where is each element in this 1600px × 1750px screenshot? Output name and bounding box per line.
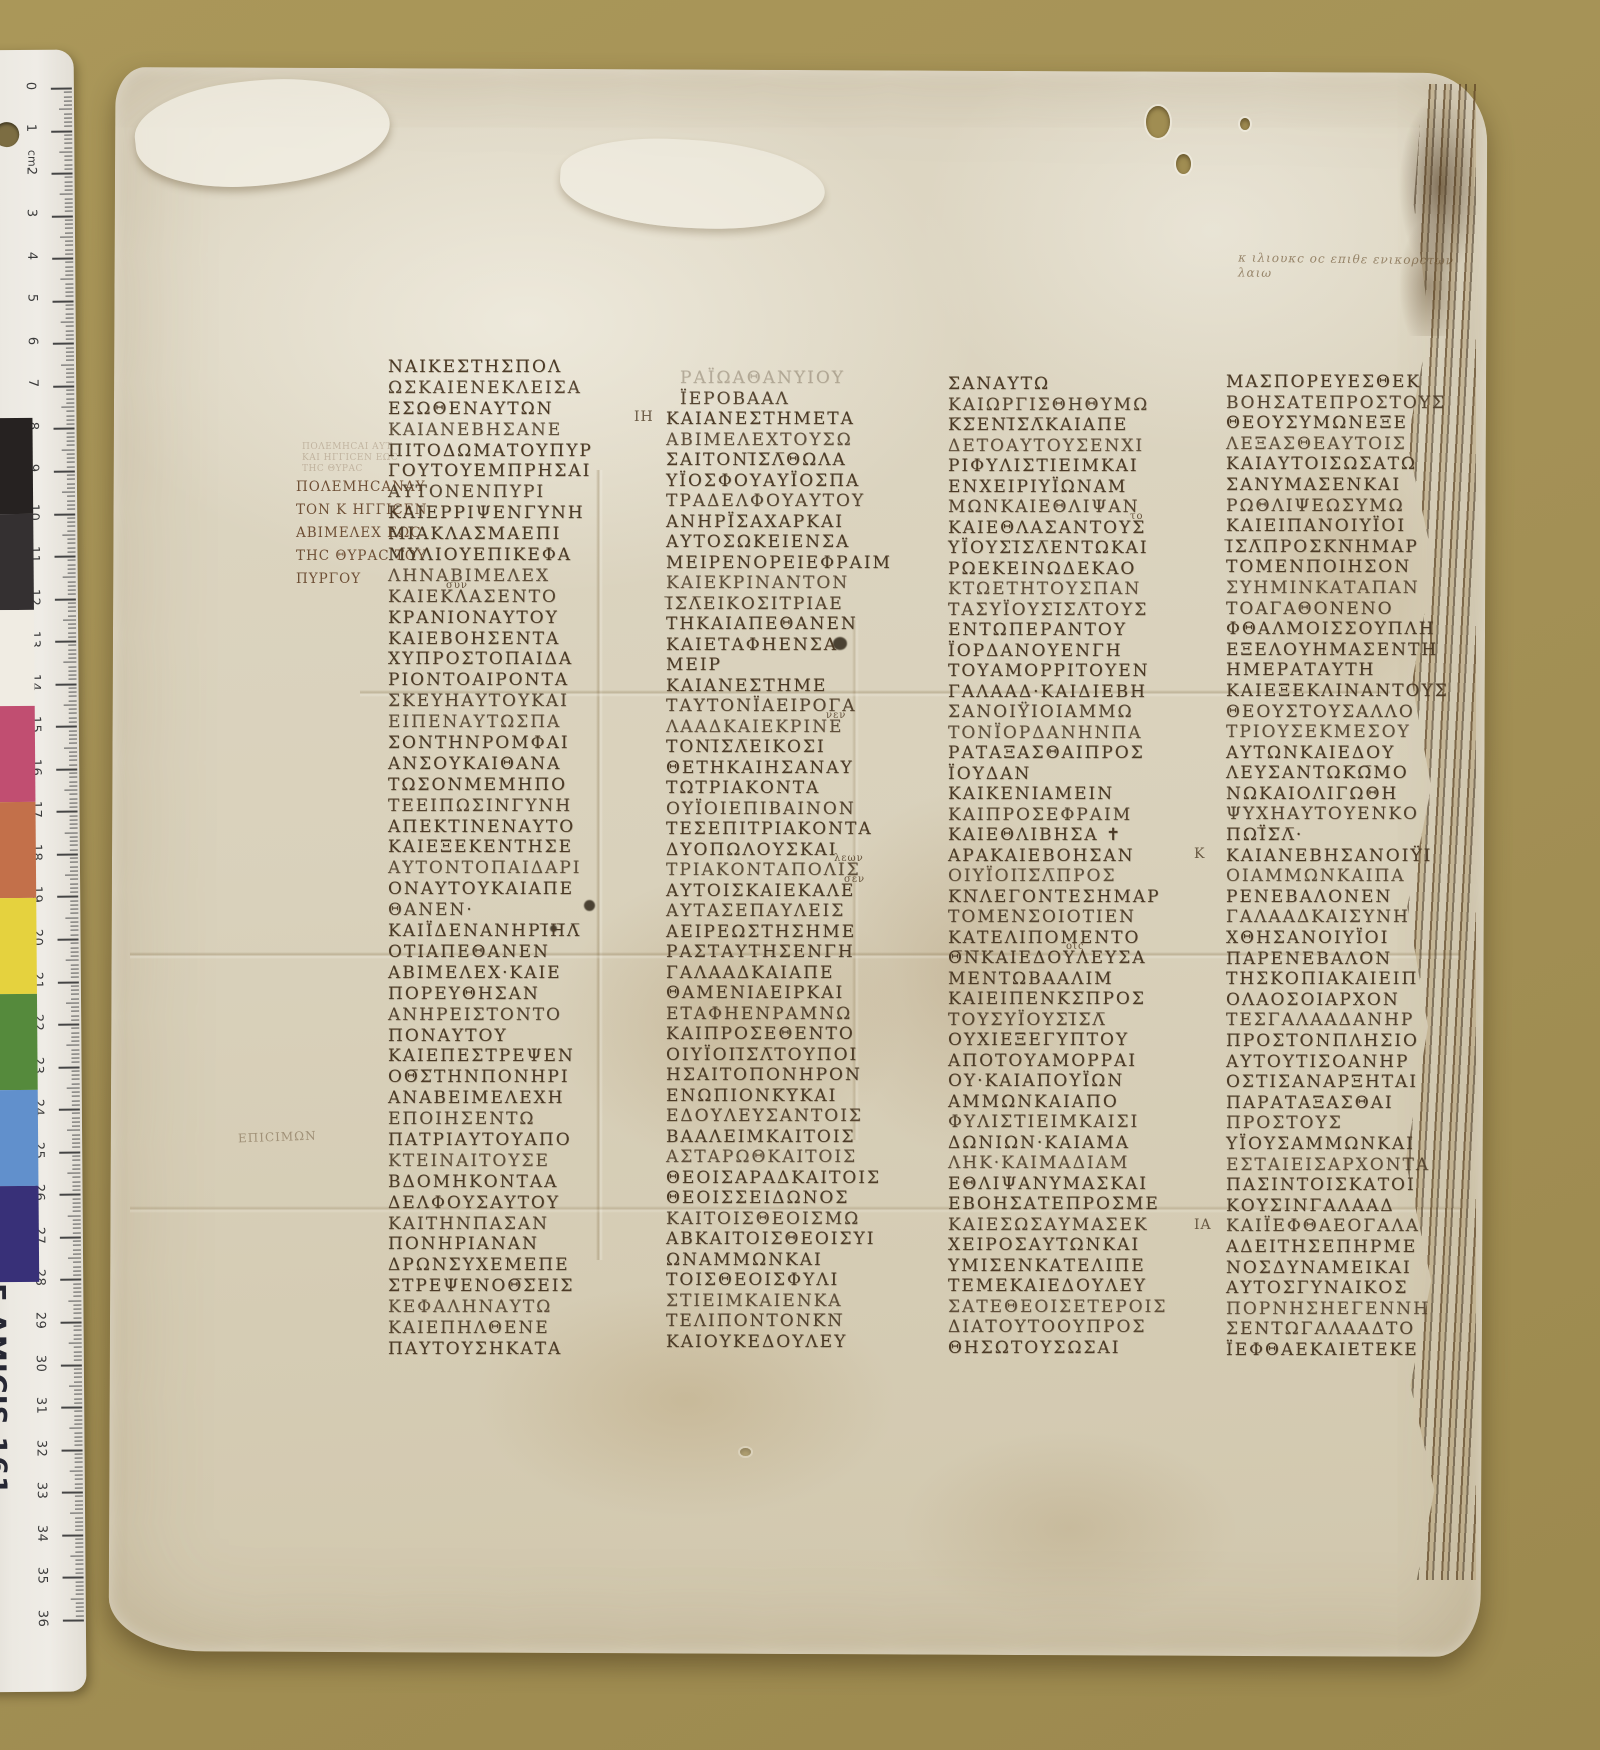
ruler-tick-mm <box>75 1526 83 1527</box>
ruler-tick-mm <box>69 730 77 731</box>
ruler-tick-mm <box>68 666 76 667</box>
ruler-scale: 0123456789101112131415161718192021222324… <box>0 50 74 51</box>
ruler-tick-mm <box>75 1458 83 1459</box>
manuscript-line: ΚΑΙΤΟΙΣΘΕΟΙΣΜΩ <box>666 1209 934 1230</box>
ruler-tick-mm <box>66 402 74 403</box>
manuscript-line: ΛΗΝΑΒΙΜΕΛΕΧ <box>388 566 656 587</box>
manuscript-line: ΔΙΑΤΟΥΤΟΟΥΠΡΟΣ <box>948 1317 1216 1338</box>
ruler-tick-mm <box>74 1381 82 1382</box>
manuscript-line: ΠΙΤΟΔΩΜΑΤΟΥΠΥΡ <box>388 441 656 462</box>
ruler-tick-mm <box>67 547 75 548</box>
ruler-tick-mm <box>73 1224 81 1225</box>
manuscript-line: ΑΝΣΟΥΚΑΙΘΑΝΑ <box>388 754 656 775</box>
ruler-number: 36 <box>35 1610 50 1628</box>
ruler-tick-mm <box>67 479 75 480</box>
color-patch-blue <box>0 1090 38 1187</box>
manuscript-line: ΘΕΟΙΣΣΕΙΔΩΝΟΣ <box>666 1188 934 1209</box>
ruler-tick-mm <box>68 560 76 561</box>
ruler-tick-mm <box>72 1083 80 1084</box>
manuscript-line: ΑΔΕΙΤΗΣΕΠΗΡΜΕ <box>1226 1237 1494 1258</box>
ruler-tick-mm <box>65 177 73 178</box>
ruler-tick-mm <box>75 1521 83 1522</box>
ruler-number: 31 <box>33 1397 48 1415</box>
ruler-tick-mm <box>68 590 76 591</box>
ruler-tick-mm <box>72 1104 80 1105</box>
manuscript-line: ΪΟΥΔΑΝ <box>948 764 1216 785</box>
ruler-tick-mm <box>76 1615 84 1616</box>
manuscript-line: ΓΑΛΑΑΔΚΑΙΣΥΝΗ <box>1226 907 1494 928</box>
manuscript-line: ΤΡΙΑΚΟΝΤΑΠΟΛΙΣ <box>666 860 934 881</box>
ruler-tick-mm <box>76 1585 84 1586</box>
manuscript-line: ΠΑΡΑΤΑΞΑΣΘΑΙ <box>1226 1093 1494 1114</box>
manuscript-line: ΑΝΑΒΕΙΜΕΛΕΧΗ <box>388 1088 656 1109</box>
manuscript-line: ΡΙΦΥΛΙΣΤΙΕΙΜΚΑΙ <box>948 456 1216 477</box>
parchment-hole <box>1240 118 1250 130</box>
ruler-tick-mm <box>70 934 78 935</box>
manuscript-line: ΚΑΙΕΣΩΣΑΥΜΑΣΕΚ <box>948 1215 1216 1236</box>
ruler-tick-mm <box>69 773 77 774</box>
ruler-tick-cm <box>60 1194 81 1196</box>
ruler-tick-mm <box>67 445 75 446</box>
ruler-tick-mm <box>65 207 73 208</box>
top-right-annotation-line: λαιω <box>1238 265 1454 283</box>
manuscript-line: ΚΑΙΕΚΡΙΝΑΝΤΟΝ <box>666 573 934 594</box>
ruler-number: 6 <box>25 337 40 346</box>
ruler-number: 32 <box>33 1439 48 1457</box>
manuscript-line: ΝΟΣΔΥΝΑΜΕΙΚΑΙ <box>1226 1258 1494 1279</box>
manuscript-line: ΣΚΕΥΗΑΥΤΟΥΚΑΙ <box>388 691 656 712</box>
ruler-tick-mm <box>69 798 77 799</box>
manuscript-line: ΑΕΙΡΕΩΣΤΗΣΗΜΕ <box>666 922 934 943</box>
ruler-tick-mm <box>65 232 73 233</box>
top-right-annotation: κ ιλιουκϲ οϲ επιθε ενικορϲτωνλαιω <box>1238 250 1454 283</box>
ruler-tick-mm <box>63 662 76 663</box>
ruler-tick-mm <box>75 1538 83 1539</box>
ruler-tick-cm <box>63 1619 84 1621</box>
ruler-number: 34 <box>34 1524 49 1542</box>
ruler-tick-mm <box>68 675 76 676</box>
color-patch-green <box>0 994 38 1091</box>
ruler-tick-mm <box>62 534 75 535</box>
ruler-tick-cm <box>57 896 78 898</box>
ruler-tick-mm <box>68 624 76 625</box>
manuscript-line: ΕΤΑΦΗΕΝΡΑΜΝΩ <box>666 1004 934 1025</box>
manuscript-line: Κ̅Ν̅ΛΕΓΟΝΤΕΣΗΜΑΡ <box>948 887 1216 908</box>
manuscript-line: ΑΠΕΚΤΙΝΕΝΑΥΤΟ <box>388 817 656 838</box>
manuscript-line: ΛΕΥΣΑΝΤΩΚ̅Ω̅ΜΟ <box>1226 763 1494 784</box>
ruler-tick-mm <box>73 1198 81 1199</box>
manuscript-line: ΣΤΙΕΙΜΚΑΙΕΝΚΑ <box>666 1291 934 1312</box>
ruler-tick-cm <box>54 428 75 430</box>
ruler-tick-mm <box>66 398 74 399</box>
ruler-tick-mm <box>64 122 72 123</box>
ruler-tick-mm <box>65 228 73 229</box>
ruler-tick-mm <box>70 909 78 910</box>
ruler-tick-mm <box>75 1551 83 1552</box>
manuscript-line: ΜΙΑΚΛΑΣΜΑΕΠΙ <box>388 524 656 545</box>
manuscript-line: ΥΜΙΣΕΝΚΑΤΕΛΙΠΕ <box>948 1256 1216 1277</box>
ruler-tick-mm <box>76 1607 84 1608</box>
ruler-tick-cm <box>55 641 76 643</box>
parchment-hole <box>740 1448 751 1456</box>
manuscript-line: ΕΝΧΕΙΡΙΥΪΩΝΑΜ <box>948 477 1216 498</box>
ruler-tick-mm <box>66 1002 79 1003</box>
manuscript-line: ΝΑΙΚΕΣΤΗΣΠΟΛ <box>388 357 656 378</box>
ruler-tick-mm <box>75 1475 83 1476</box>
ruler-tick-mm <box>66 313 74 314</box>
ruler-tick-mm <box>67 1087 80 1088</box>
ruler-tick-mm <box>75 1568 83 1569</box>
ruler-tick-mm <box>73 1292 81 1293</box>
supralinear-correction: οις <box>1066 941 1085 952</box>
ruler-tick-mm <box>66 373 74 374</box>
ruler-tick-cm <box>63 1577 84 1579</box>
ruler-tick-mm <box>76 1611 84 1612</box>
ruler-tick-mm <box>71 1049 79 1050</box>
manuscript-line: ΕΞΕΛΟΥΗΜΑΣΕΝΤΗ <box>1226 640 1494 661</box>
ruler-tick-mm <box>69 777 77 778</box>
ruler-tick-mm <box>71 990 79 991</box>
ruler-tick-mm <box>68 611 76 612</box>
ruler-tick-mm <box>69 1428 82 1429</box>
manuscript-line: ΤΩΤΡΙΑΚΟΝΤΑ <box>666 778 934 799</box>
manuscript-line: ΣΥΗΜΙΝΚΑΤΑΠΑΝ <box>1226 578 1494 599</box>
ruler-tick-mm <box>72 1117 80 1118</box>
manuscript-line: ΤΡΑΔΕΛΦΟΥΑΥΤΟΥ <box>666 491 934 512</box>
ruler-tick-mm <box>75 1462 83 1463</box>
manuscript-line: ΛΑΑΔΚΑΙΕΚΡΙΝΕ <box>666 717 934 738</box>
manuscript-line: ΚΑΙΕΞΕΚΛΙΝΑΝΤΟΥΣ <box>1226 681 1494 702</box>
manuscript-line: ΡΑΪΩΑΘΑΝΥΙΟΥ <box>666 368 934 389</box>
ruler-tick-cm <box>58 1024 79 1026</box>
ruler-tick-mm <box>70 887 78 888</box>
ruler-tick-mm <box>76 1602 84 1603</box>
ruler-tick-mm <box>63 577 76 578</box>
ruler-tick-mm <box>73 1232 81 1233</box>
ruler-tick-mm <box>66 334 74 335</box>
manuscript-line: ΥΪΟΥΣΙ̅Σ̅Λ̅ΕΝΤΩΚΑΙ <box>948 538 1216 559</box>
ruler-tick-mm <box>71 998 79 999</box>
ruler-tick-mm <box>64 168 72 169</box>
ruler-tick-mm <box>69 751 77 752</box>
ruler-tick-mm <box>66 960 79 961</box>
ruler-tick-mm <box>68 636 76 637</box>
supralinear-correction: το <box>1130 511 1144 522</box>
manuscript-line: ΑΒΚΑΙΤΟΙΣΘΕΟΙΣΥΙ <box>666 1229 934 1250</box>
ruler-number: 29 <box>32 1312 47 1330</box>
manuscript-line: ΚΑΙΟΥΚΕΔΟΥΛΕΥ <box>666 1332 934 1353</box>
manuscript-line: ΦΥΛΙΣΤΙΕΙΜΚΑΙΣΙ <box>948 1112 1216 1133</box>
manuscript-line: ΘΑΝΕΝ· <box>388 900 656 921</box>
manuscript-line: ΚΑΙΑΝΕΣΤΗΜΕΤΑ <box>666 409 934 430</box>
ruler-number: 5 <box>24 294 39 303</box>
manuscript-line: ΚΑΙΠΡΟΣΕΦΡΑΙΜ <box>948 805 1216 826</box>
manuscript-line: ΜΑΣΠΟΡΕΥΕΣΘΕΚ <box>1226 372 1494 393</box>
ruler-tick-mm <box>74 1436 82 1437</box>
ruler-tick-mm <box>66 424 74 425</box>
ruler-tick-mm <box>65 181 73 182</box>
ruler-tick-mm <box>64 139 72 140</box>
manuscript-line: ΠΑΥΤΟΥΣΗΚΑΤΑ <box>388 1339 656 1360</box>
ruler-tick-mm <box>68 1215 81 1216</box>
ruler-tick-mm <box>67 530 75 531</box>
manuscript-line: ΓΑΛΑΑΔΚΑΙΑΠΕ <box>666 963 934 984</box>
ruler-tick-mm <box>73 1219 81 1220</box>
ruler-tick-mm <box>69 785 77 786</box>
ruler-tick-mm <box>65 271 73 272</box>
ruler-tick-mm <box>65 283 73 284</box>
ruler-tick-mm <box>75 1496 83 1497</box>
ruler-tick-cm <box>59 1066 80 1068</box>
manuscript-line: ΤΟΝΪΟΡΔΑΝΗΝΠΑ <box>948 723 1216 744</box>
ruler-tick-mm <box>66 356 74 357</box>
ruler-tick-mm <box>68 658 76 659</box>
ruler-tick-mm <box>65 262 73 263</box>
ruler-tick-mm <box>74 1398 82 1399</box>
manuscript-line: ΜΥΛΙΟΥΕΠΙΚΕΦΑ <box>388 545 656 566</box>
manuscript-line: ΠΑΡΕΝΕΒΑΛΟΝ <box>1226 949 1494 970</box>
ruler-tick-mm <box>66 326 74 327</box>
ruler-tick-mm <box>75 1483 83 1484</box>
ruler-tick-cm <box>53 300 74 302</box>
ruler-tick-mm <box>70 841 78 842</box>
ruler-tick-cm <box>54 470 75 472</box>
ruler-tick-mm <box>66 381 74 382</box>
ruler-tick-mm <box>61 407 74 408</box>
manuscript-line: ΑΡΑΚΑΙΕΒΟΗΣΑΝ <box>948 846 1216 867</box>
ruler-tick-mm <box>70 828 78 829</box>
manuscript-line: ΣΑΝΟΙΫΙΟΙΑΜΜΩ <box>948 702 1216 723</box>
manuscript-line: ΪΟΡΔΑΝΟΥΕΝΓΗ <box>948 641 1216 662</box>
margin-note-erased: ΠΟΛΕΜΗϹΑΙ ΑΥΤΚΑΙ ΗΓΓΙϹΕΝ ΕΩϹΤΗϹ ΘΥΡΑϹ <box>302 442 398 475</box>
ruler-tick-mm <box>75 1509 83 1510</box>
ruler-tick-mm <box>69 696 77 697</box>
ruler-tick-mm <box>67 458 75 459</box>
ruler-tick-mm <box>64 705 77 706</box>
ruler-tick-mm <box>74 1390 82 1391</box>
ruler-tick-mm <box>68 607 76 608</box>
ruler-tick-mm <box>65 917 78 918</box>
manuscript-line: ΚΑΙΕΘΛΑΣΑΝΤΟΥΣ <box>948 518 1216 539</box>
manuscript-line: ΗΜΕΡΑΤΑΥΤΗ <box>1226 660 1494 681</box>
manuscript-line: ΟΛΑΟΣΟΙΑΡΧΟΝ <box>1226 990 1494 1011</box>
manuscript-line: ΘΗΣΩΤΟΥΣΩΣΑΙ <box>948 1338 1216 1359</box>
ruler-tick-mm <box>65 253 73 254</box>
ruler-tick-mm <box>70 904 78 905</box>
manuscript-line: ΣΑΤΕΘΕΟΙΣΕΤΕΡΟΙΣ <box>948 1297 1216 1318</box>
ruler-tick-mm <box>66 317 74 318</box>
ruler-tick-mm <box>72 1168 80 1169</box>
manuscript-line: ΑΜΜΩΝΚΑΙΑΠΟ <box>948 1092 1216 1113</box>
manuscript-line: ΤΡΙΟΥΣΕΚΜΕΣΟΥ <box>1226 722 1494 743</box>
ruler-tick-mm <box>72 1147 80 1148</box>
manuscript-line: ΟΙΥΪΟΙΙ̅Σ̅Λ̅ΠΡΟΣ <box>948 866 1216 887</box>
ruler-tick-mm <box>71 1019 79 1020</box>
manuscript-line: ΣΤΡΕΨΕΝΟΘ̅Σ̅ΕΙΣ <box>388 1276 656 1297</box>
manuscript-line: ΜΕΙΡΕΝΟΡΕΙΕΦΡΑΙΜ <box>666 553 934 574</box>
manuscript-line: ΕΣΩΘΕΝΑΥΤΩΝ <box>388 399 656 420</box>
ruler-tick-cm <box>55 598 76 600</box>
column-4: ΜΑΣΠΟΡΕΥΕΣΘΕΚΒΟΗΣΑΤΕΠΡΟΣΤΟΥΣΘΕΟΥΣΥΜΩΝΕΞΕ… <box>1226 372 1494 1361</box>
ruler-tick-mm <box>62 449 75 450</box>
manuscript-line: ΒΔΟΜΗΚΟΝΤΑΑ <box>388 1172 656 1193</box>
ruler-tick-cm <box>62 1492 83 1494</box>
manuscript-line: ΑΥΤΟΣΓΥΝΑΙΚΟΣ <box>1226 1278 1494 1299</box>
manuscript-line: ΚΟΥΣΙΝΓΑΛΑΑΔ <box>1226 1196 1494 1217</box>
manuscript-line: ΜΕΙΡ <box>666 655 934 676</box>
manuscript-line: ΣΑΝΥΜΑΣΕΝΚΑΙ <box>1226 475 1494 496</box>
manuscript-line: ΛΕΞΑΣΘΕΑΥΤΟΙΣ <box>1226 434 1494 455</box>
ruler-tick-mm <box>68 628 76 629</box>
manuscript-line: ΤΕΕΙΠΩΣΙΝΓΥΝΗ <box>388 796 656 817</box>
ruler-tick-mm <box>69 700 77 701</box>
ruler-tick-mm <box>67 441 75 442</box>
manuscript-line: ΤΕΣΓΑΛΑΑΔΑΝΗΡ <box>1226 1010 1494 1031</box>
ruler-tick-mm <box>74 1326 82 1327</box>
ruler-tick-mm <box>71 1041 79 1042</box>
ruler-tick-mm <box>63 619 76 620</box>
ruler-tick-mm <box>70 862 78 863</box>
ruler-tick-mm <box>70 930 78 931</box>
ruler-tick-mm <box>60 279 73 280</box>
ruler-tick-mm <box>65 875 78 876</box>
ruler-tick-mm <box>71 973 79 974</box>
ruler-tick-mm <box>72 1134 80 1135</box>
ruler-tick-mm <box>75 1560 83 1561</box>
ruler-tick-cm <box>53 343 74 345</box>
ruler-tick-mm <box>67 517 75 518</box>
ruler-tick-mm <box>72 1156 80 1157</box>
ruler-tick-mm <box>64 164 72 165</box>
ruler-tick-mm <box>60 194 73 195</box>
ruler-tick-mm <box>74 1330 82 1331</box>
ruler-tick-mm <box>67 551 75 552</box>
ruler-tick-mm <box>72 1096 80 1097</box>
manuscript-line: ΑΥΤΟΥΤΙΣΟΑΝΗΡ <box>1226 1052 1494 1073</box>
ruler-tick-mm <box>74 1424 82 1425</box>
ruler-tick-mm <box>74 1377 82 1378</box>
ruler-tick-mm <box>69 802 77 803</box>
ruler-tick-mm <box>73 1296 81 1297</box>
manuscript-line: ΚΑΙΩΡΓΙΣΘΗΘΥΜΩ <box>948 395 1216 416</box>
manuscript-line: ΤΟΑΓΑΘΟΝΕΝΟ <box>1226 599 1494 620</box>
manuscript-line: ΓΑΛΑΑΔ·ΚΑΙΔΙΕΒΗ <box>948 682 1216 703</box>
manuscript-line: ΟΙΑΜΜΩΝΚΑΙΠΑ <box>1226 866 1494 887</box>
manuscript-line: ΚΕΦΑΛΗΝΑΥΤΩ <box>388 1297 656 1318</box>
manuscript-line: Ι̅Σ̅Λ̅ΕΙΚΟΣΙΤΡΙΑΕ <box>666 594 934 615</box>
ruler-tick-mm <box>72 1092 80 1093</box>
manuscript-line: ΑΝΗΡΕΙΣΤΟΝΤΟ <box>388 1005 656 1026</box>
ruler-tick-mm <box>69 764 77 765</box>
manuscript-line: ΔΩΝΙΩΝ·ΚΑΙΑΜΑ <box>948 1133 1216 1154</box>
ruler-tick-mm <box>71 1053 79 1054</box>
manuscript-line: ΤΟΜΕΝΠΟΙΗΣΟΝ <box>1226 557 1494 578</box>
ruler-tick-mm <box>65 202 73 203</box>
manuscript-line: ΗΣΑΙΤΟΠΟΝΗΡΟΝ <box>666 1065 934 1086</box>
ruler-tick-mm <box>74 1441 82 1442</box>
ruler-tick-mm <box>66 419 74 420</box>
manuscript-line: ΕΘΛΙΨΑΝΥΜΑΣΚΑΙ <box>948 1174 1216 1195</box>
color-patch-yellow <box>0 898 37 995</box>
ruler-tick-mm <box>73 1190 81 1191</box>
ruler-tick-mm <box>65 266 73 267</box>
manuscript-line: ΑΥΤΟΝΤΟΠΑΙΔΑΡΙ <box>388 858 656 879</box>
manuscript-line: ΑΥΤΟΙΣΚΑΙΕΚΑΛΕ <box>666 881 934 902</box>
ruler-tick-mm <box>74 1419 82 1420</box>
manuscript-line: ΚΑΙΠΡΟΣΕΘΕΝΤΟ <box>666 1024 934 1045</box>
ruler-tick-mm <box>72 1139 80 1140</box>
manuscript-line: ΕΔΟΥΛΕΥΣΑΝΤΟΙΣ <box>666 1106 934 1127</box>
manuscript-line: ΧΘΗΣΑΝΟΙΥΪΟΙ <box>1226 928 1494 949</box>
manuscript-line: Κ̅Σ̅ΕΝΙ̅Σ̅Λ̅ΚΑΙΑΠΕ <box>948 415 1216 436</box>
margin-note-erased-line: ΠΟΛΕΜΗϹΑΙ ΑΥΤ <box>302 442 398 453</box>
ruler-tick-mm <box>66 305 74 306</box>
chapter-numeral: ΙΑ <box>1194 1217 1212 1233</box>
manuscript-line: ΣΕΝΤΩΓΑΛΑΑΔΤΟ <box>1226 1319 1494 1340</box>
ruler-tick-mm <box>64 96 72 97</box>
ruler-tick-mm <box>73 1309 81 1310</box>
ruler-tick-mm <box>75 1530 83 1531</box>
ruler-tick-mm <box>69 743 77 744</box>
ruler-tick-mm <box>69 734 77 735</box>
ruler-tick-mm <box>72 1100 80 1101</box>
ruler-tick-cm <box>56 726 77 728</box>
ruler-tick-mm <box>75 1543 83 1544</box>
manuscript-line: ΘΕΤΗΚΑΙΗΣΑΝΑΥ <box>666 758 934 779</box>
manuscript-line: ΡΩΘΛΙΨΕΩΣΥΜΩ <box>1226 496 1494 517</box>
color-patch-magenta-pink <box>0 706 35 803</box>
ruler-tick-mm <box>73 1249 81 1250</box>
manuscript-line: ΚΤΕΙΝΑΙΤΟΥΣΕ <box>388 1151 656 1172</box>
ruler-tick-mm <box>69 807 77 808</box>
manuscript-line: ΠΑΤΡΙΑΥΤΟΥΑΠΟ <box>388 1130 656 1151</box>
manuscript-line: ΜΩΝΚΑΙΕΘΛΙΨΑΝ <box>948 497 1216 518</box>
shelfmark-label: E AMICIS 161 <box>0 1283 12 1496</box>
manuscript-line: ΜΕΝΤΩΒΑΑΛΙΜ <box>948 969 1216 990</box>
manuscript-line: ΡΑΤΑΞΑΣΘΑΙΠΡΟΣ <box>948 743 1216 764</box>
margin-note-erased-line: ΚΑΙ ΗΓΓΙϹΕΝ ΕΩϹ <box>302 453 398 464</box>
manuscript-line: ΒΑΑΛΕΙΜΚΑΙΤΟΙΣ <box>666 1127 934 1148</box>
ruler-tick-mm <box>65 190 73 191</box>
ruler-tick-mm <box>74 1411 82 1412</box>
manuscript-line: ΩΝΑΜΜΩΝΚΑΙ <box>666 1250 934 1271</box>
ruler-tick-mm <box>65 211 73 212</box>
ruler-tick-cm <box>59 1109 80 1111</box>
ruler-tick-mm <box>69 794 77 795</box>
ruler-tick-mm <box>66 330 74 331</box>
manuscript-line: ΪΕΡΟΒΑΑΛ <box>666 389 934 410</box>
ruler-tick-mm <box>71 1036 79 1037</box>
manuscript-line: ΡΕΝΕΒΑΛΟΝΕΝ <box>1226 887 1494 908</box>
ruler-tick-mm <box>70 866 78 867</box>
ruler-tick-mm <box>72 1079 80 1080</box>
ruler-number: 7 <box>25 379 40 388</box>
ruler-tick-mm <box>72 1075 80 1076</box>
ruler-tick-mm <box>75 1487 83 1488</box>
ruler-hole <box>0 122 19 147</box>
manuscript-line: ΤΗΚΑΙΑΠΕΘΑΝΕΝ <box>666 614 934 635</box>
ruler-tick-mm <box>71 964 79 965</box>
ruler-tick-mm <box>75 1564 83 1565</box>
ruler-tick-mm <box>72 1185 80 1186</box>
manuscript-line: ΔΡΩΝΣΥΧΕΜΕΠΕ <box>388 1255 656 1276</box>
ruler-tick-cm <box>58 981 79 983</box>
ruler-tick-mm <box>73 1275 81 1276</box>
manuscript-line: ΚΑΙΕΡΡΙΨΕΝΓΥΝΗ <box>388 503 656 524</box>
ruler-tick-mm <box>74 1347 82 1348</box>
ruler-tick-mm <box>74 1317 82 1318</box>
manuscript-line: ΤΟΜΕΝΣΟΙΟΤΙΕΝ <box>948 907 1216 928</box>
